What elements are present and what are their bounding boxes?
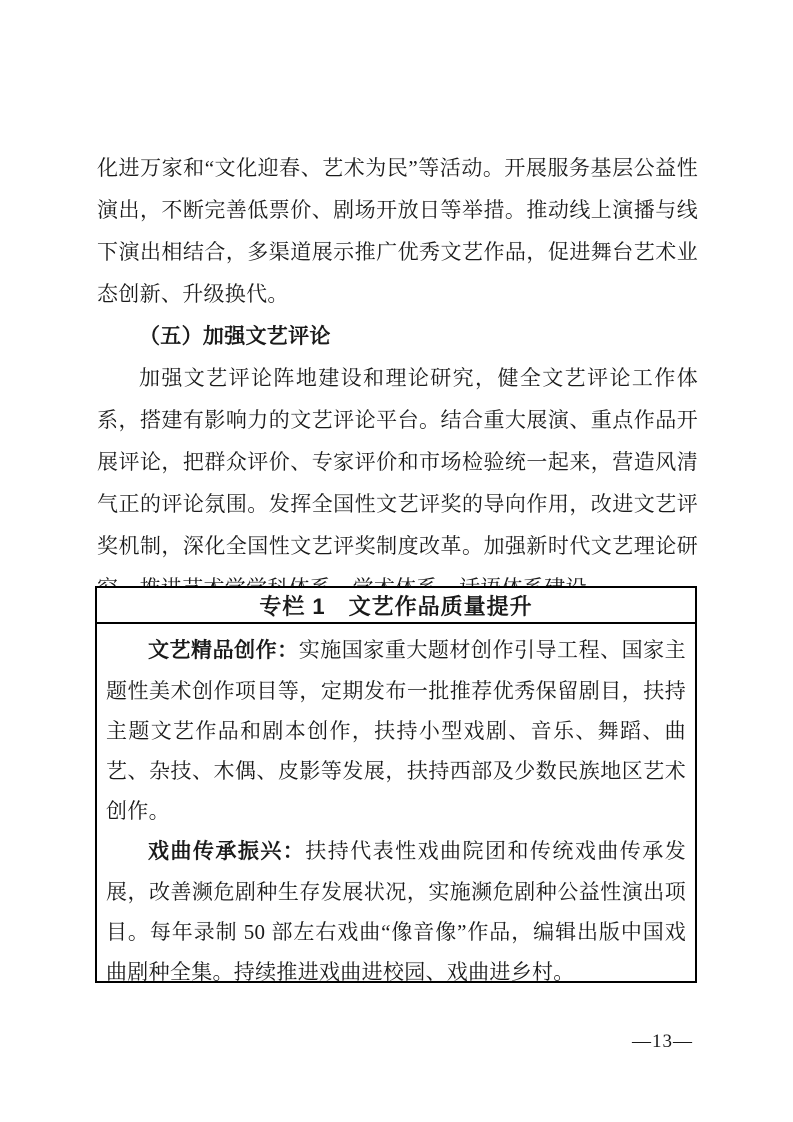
page-number: —13— bbox=[632, 1031, 693, 1053]
box-paragraph-lead: 文艺精品创作： bbox=[148, 639, 299, 662]
column-box: 专栏 1 文艺作品质量提升 文艺精品创作：实施国家重大题材创作引导工程、国家主题… bbox=[95, 586, 697, 983]
section-heading: （五）加强文艺评论 bbox=[97, 315, 698, 357]
box-paragraph-arts-creation: 文艺精品创作：实施国家重大题材创作引导工程、国家主题性美术创作项目等，定期发布一… bbox=[106, 630, 686, 831]
document-page: 化进万家和“文化迎春、艺术为民”等活动。开展服务基层公益性演出，不断完善低票价、… bbox=[0, 0, 793, 1122]
column-box-body: 文艺精品创作：实施国家重大题材创作引导工程、国家主题性美术创作项目等，定期发布一… bbox=[97, 624, 695, 983]
paragraph-continuation: 化进万家和“文化迎春、艺术为民”等活动。开展服务基层公益性演出，不断完善低票价、… bbox=[97, 147, 698, 315]
column-box-header: 专栏 1 文艺作品质量提升 bbox=[97, 588, 695, 624]
box-paragraph-text: 实施国家重大题材创作引导工程、国家主题性美术创作项目等，定期发布一批推荐优秀保留… bbox=[106, 638, 686, 823]
box-paragraph-lead: 戏曲传承振兴： bbox=[148, 840, 305, 863]
box-paragraph-opera-revitalization: 戏曲传承振兴：扶持代表性戏曲院团和传统戏曲传承发展，改善濒危剧种生存发展状况，实… bbox=[106, 831, 686, 983]
column-box-title: 专栏 1 文艺作品质量提升 bbox=[259, 590, 532, 621]
paragraph-section-body: 加强文艺评论阵地建设和理论研究，健全文艺评论工作体系，搭建有影响力的文艺评论平台… bbox=[97, 357, 698, 609]
document-content: 化进万家和“文化迎春、艺术为民”等活动。开展服务基层公益性演出，不断完善低票价、… bbox=[97, 147, 698, 609]
